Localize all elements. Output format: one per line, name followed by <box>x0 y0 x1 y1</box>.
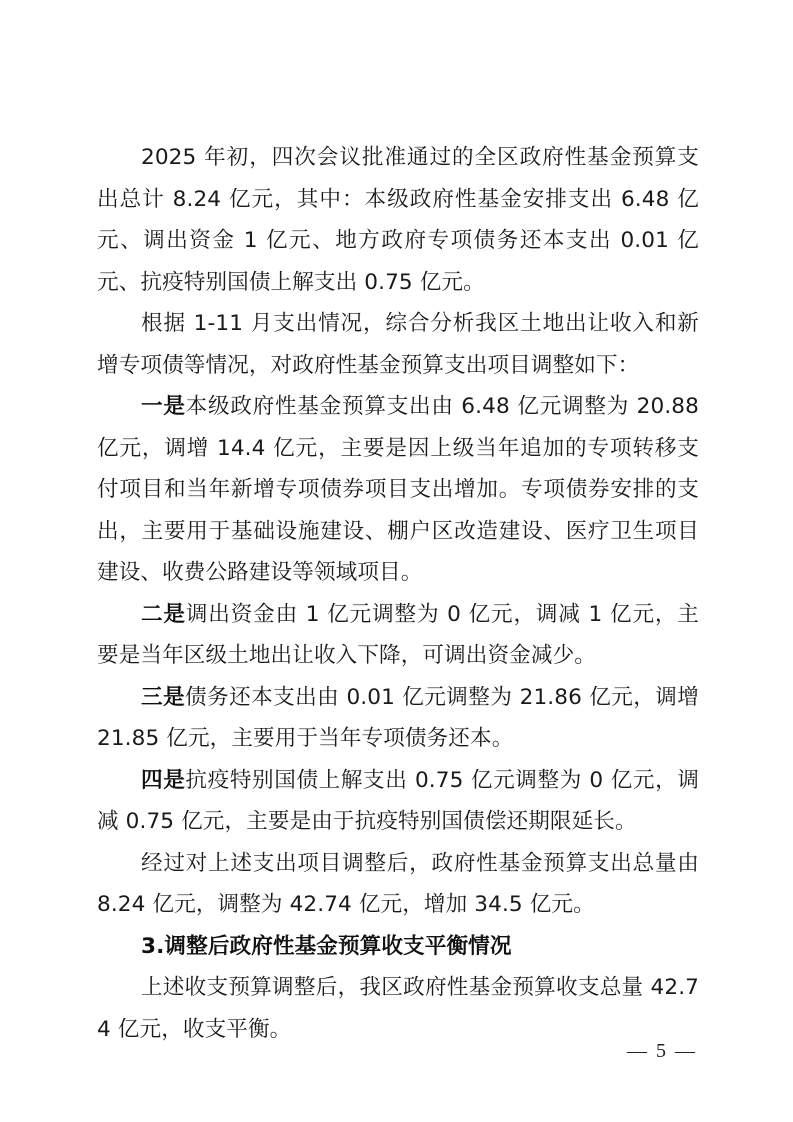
paragraph-text: 根据 1-11 月支出情况，综合分析我区土地出让收入和新增专项债等情况，对政府性… <box>97 311 699 378</box>
paragraph-text: 经过对上述支出项目调整后，政府性基金预算支出总量由 8.24 亿元，调整为 42… <box>97 851 699 918</box>
paragraph-text: 调出资金由 1 亿元调整为 0 亿元，调减 1 亿元，主要是当年区级土地出让收入… <box>97 602 699 669</box>
paragraph-text: 上述收支预算调整后，我区政府性基金预算收支总量 42.74 亿元，收支平衡。 <box>97 975 699 1042</box>
item-lead-label: 一是 <box>141 394 186 419</box>
paragraph-item-four: 四是抗疫特别国债上解支出 0.75 亿元调整为 0 亿元，调减 0.75 亿元，… <box>97 760 699 843</box>
section-heading: 3.调整后政府性基金预算收支平衡情况 <box>97 926 699 968</box>
paragraph-text: 2025 年初，四次会议批准通过的全区政府性基金预算支出总计 8.24 亿元，其… <box>97 145 699 295</box>
paragraph-item-one: 一是本级政府性基金预算支出由 6.48 亿元调整为 20.88 亿元，调增 14… <box>97 386 699 594</box>
paragraph-item-three: 三是债务还本支出由 0.01 亿元调整为 21.86 亿元，调增 21.85 亿… <box>97 677 699 760</box>
paragraph-adjustment-summary: 经过对上述支出项目调整后，政府性基金预算支出总量由 8.24 亿元，调整为 42… <box>97 843 699 926</box>
paragraph-initial-budget: 2025 年初，四次会议批准通过的全区政府性基金预算支出总计 8.24 亿元，其… <box>97 137 699 303</box>
item-lead-label: 二是 <box>141 602 186 627</box>
paragraph-text: 抗疫特别国债上解支出 0.75 亿元调整为 0 亿元，调减 0.75 亿元，主要… <box>97 768 699 835</box>
paragraph-text: 债务还本支出由 0.01 亿元调整为 21.86 亿元，调增 21.85 亿元，… <box>97 685 699 752</box>
item-lead-label: 四是 <box>141 768 185 793</box>
paragraph-text: 本级政府性基金预算支出由 6.48 亿元调整为 20.88 亿元，调增 14.4… <box>97 394 699 585</box>
document-page: 2025 年初，四次会议批准通过的全区政府性基金预算支出总计 8.24 亿元，其… <box>97 137 699 1050</box>
page-number: — 5 — <box>622 1040 702 1063</box>
item-lead-label: 三是 <box>141 685 185 710</box>
paragraph-balance: 上述收支预算调整后，我区政府性基金预算收支总量 42.74 亿元，收支平衡。 <box>97 967 699 1050</box>
paragraph-item-two: 二是调出资金由 1 亿元调整为 0 亿元，调减 1 亿元，主要是当年区级土地出让… <box>97 594 699 677</box>
paragraph-adjustment-intro: 根据 1-11 月支出情况，综合分析我区土地出让收入和新增专项债等情况，对政府性… <box>97 303 699 386</box>
